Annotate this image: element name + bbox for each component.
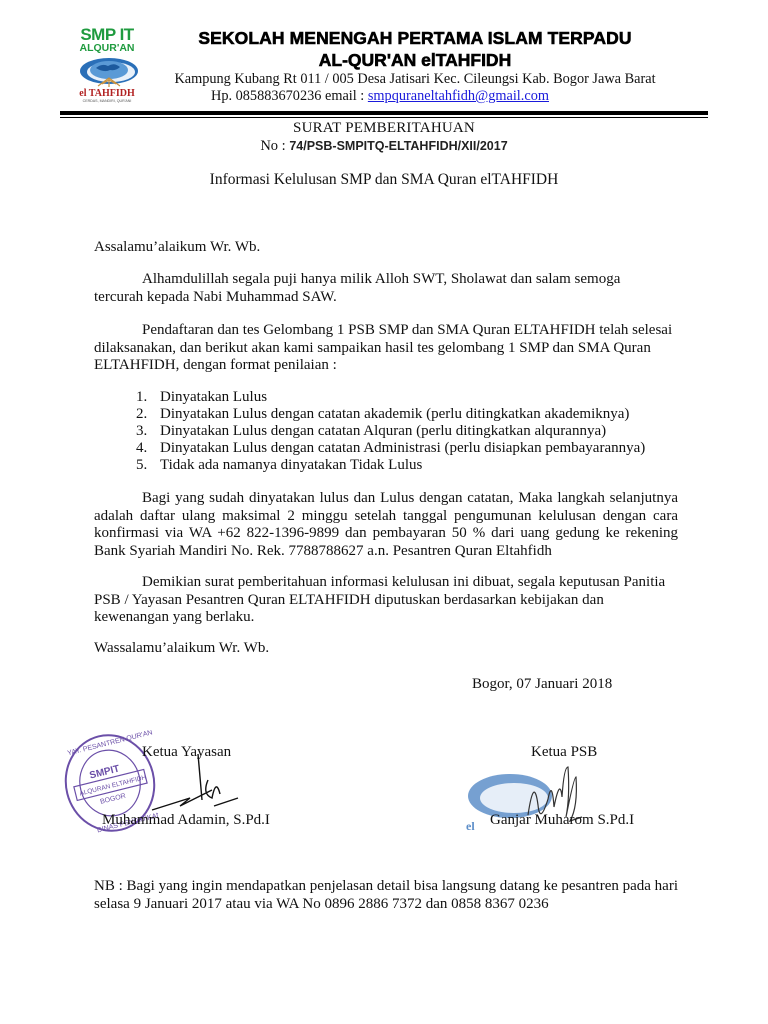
list-item-number: 3. (136, 423, 160, 440)
paragraph-announcement-text: Pendaftaran dan tes Gelombang 1 PSB SMP … (94, 322, 672, 373)
list-item-number: 1. (136, 389, 160, 406)
list-item-text: Dinyatakan Lulus dengan catatan Alquran … (160, 423, 606, 440)
logo-tagline: CERDAS, MANDIRI, QUR'ANI (66, 99, 148, 103)
signatory-left-title: Ketua Yayasan (142, 744, 231, 761)
letter-number-value: 74/PSB-SMPITQ-ELTAHFIDH/XII/2017 (289, 139, 507, 153)
letter-type-title: SURAT PEMBERITAHUAN (0, 120, 768, 137)
letter-number: No : 74/PSB-SMPITQ-ELTAHFIDH/XII/2017 (0, 138, 768, 155)
list-item-number: 2. (136, 406, 160, 423)
list-item: 5.Tidak ada namanya dinyatakan Tidak Lul… (136, 457, 645, 474)
list-item-text: Tidak ada namanya dinyatakan Tidak Lulus (160, 457, 422, 474)
list-item-text: Dinyatakan Lulus (160, 389, 267, 406)
paragraph-closing: Demikian surat pemberitahuan informasi k… (94, 574, 680, 627)
list-item: 4.Dinyatakan Lulus dengan catatan Admini… (136, 440, 645, 457)
place-date: Bogor, 07 Januari 2018 (472, 676, 612, 693)
school-name-line2: AL-QUR'AN elTAHFIDH (160, 50, 670, 71)
list-item-number: 5. (136, 457, 160, 474)
list-item: 1.Dinyatakan Lulus (136, 389, 645, 406)
list-item: 2.Dinyatakan Lulus dengan catatan akadem… (136, 406, 645, 423)
logo-line2: ALQUR'AN (68, 43, 146, 54)
school-address: Kampung Kubang Rt 011 / 005 Desa Jatisar… (160, 71, 670, 88)
letter-subject: Informasi Kelulusan SMP dan SMA Quran el… (0, 171, 768, 189)
paragraph-announcement: Pendaftaran dan tes Gelombang 1 PSB SMP … (94, 322, 680, 375)
paragraph-closing-text: Demikian surat pemberitahuan informasi k… (94, 574, 665, 625)
paragraph-opening: Alhamdulillah segala puji hanya milik Al… (94, 271, 654, 306)
school-contact: Hp. 085883670236 email : smpquraneltahfi… (160, 88, 600, 105)
signatory-right-name: Ganjar Muharom S.Pd.I (490, 812, 634, 829)
assessment-list: 1.Dinyatakan Lulus 2.Dinyatakan Lulus de… (136, 389, 645, 474)
phone-text: Hp. 085883670236 email : (211, 88, 368, 104)
signatory-right-title: Ketua PSB (531, 744, 597, 761)
closing-greeting: Wassalamu’alaikum Wr. Wb. (94, 640, 680, 658)
logo-line1: SMP IT (68, 26, 146, 43)
paragraph-registration-text: Bagi yang sudah dinyatakan lulus dan Lul… (94, 490, 678, 559)
letter-number-label: No : (260, 138, 289, 154)
signatory-left-name: Muhammad Adamin, S.Pd.I (102, 812, 270, 829)
svg-text:BOGOR: BOGOR (100, 793, 127, 806)
list-item: 3.Dinyatakan Lulus dengan catatan Alqura… (136, 423, 645, 440)
letterhead-divider-thin (60, 117, 708, 118)
list-item-number: 4. (136, 440, 160, 457)
svg-text:YAY. PESANTREN QUR'AN: YAY. PESANTREN QUR'AN (67, 730, 153, 757)
paragraph-registration: Bagi yang sudah dinyatakan lulus dan Lul… (94, 490, 678, 560)
letterhead-divider-thick (60, 111, 708, 115)
logo-name: el TAHFIDH (66, 89, 148, 99)
svg-text:el: el (466, 819, 475, 833)
school-name-line1: SEKOLAH MENENGAH PERTAMA ISLAM TERPADU (160, 28, 670, 49)
globe-book-logo-icon (78, 56, 140, 88)
list-item-text: Dinyatakan Lulus dengan catatan Administ… (160, 440, 645, 457)
school-logo: SMP IT ALQUR'AN el TAHFIDH CERDAS, MANDI… (66, 26, 148, 102)
footnote: NB : Bagi yang ingin mendapatkan penjela… (94, 878, 694, 913)
list-item-text: Dinyatakan Lulus dengan catatan akademik… (160, 406, 629, 423)
logo-wordmark: SMP IT ALQUR'AN (68, 26, 146, 54)
email-link[interactable]: smpquraneltahfidh@gmail.com (368, 88, 549, 104)
greeting: Assalamu’alaikum Wr. Wb. (94, 239, 680, 257)
paragraph-opening-text: Alhamdulillah segala puji hanya milik Al… (94, 271, 620, 305)
